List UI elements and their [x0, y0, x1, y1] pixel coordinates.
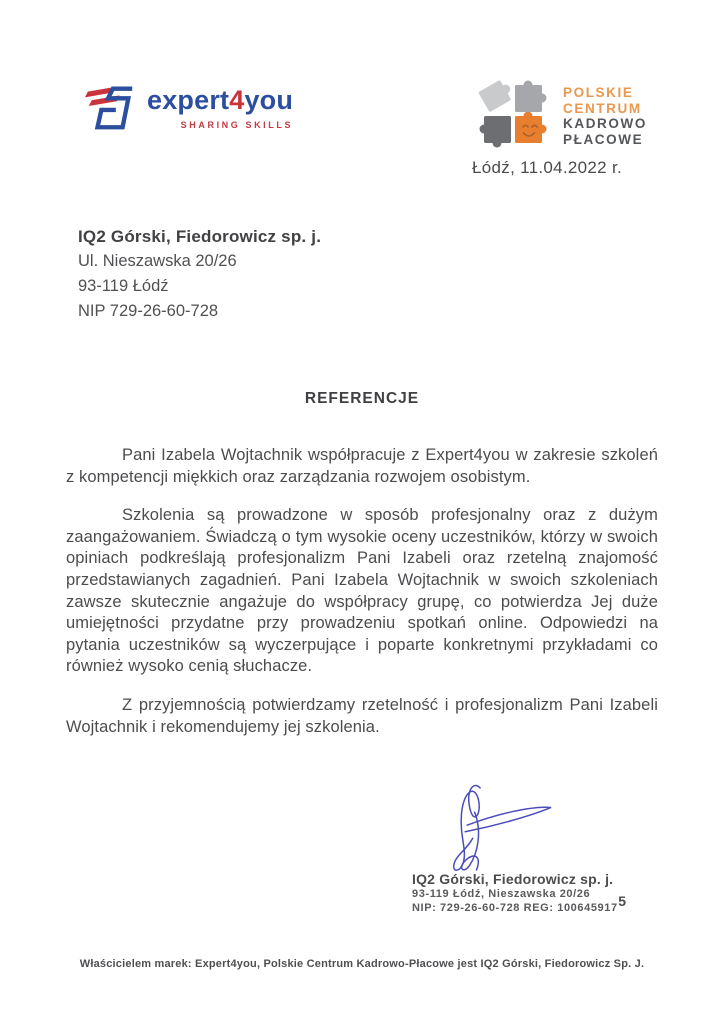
pckp-line2: CENTRUM: [563, 101, 647, 117]
body-paragraph-3: Z przyjemnością potwierdzamy rzetelność …: [66, 695, 658, 738]
page-title: REFERENCJE: [0, 390, 724, 408]
recipient-city: 93-119 Łódź: [78, 274, 321, 299]
expert4you-logo-icon: [84, 80, 138, 134]
stamp-nip-regon: NIP: 729-26-60-728 REG: 100645917: [412, 902, 648, 916]
recipient-street: Ul. Nieszawska 20/26: [78, 249, 321, 274]
reference-letter-page: expert4you SHARING SKILLS: [0, 0, 724, 1024]
pckp-logo: POLSKIE CENTRUM KADROWO PŁACOWE: [478, 76, 647, 156]
pckp-puzzle-icon: [478, 76, 558, 156]
brand-suffix: you: [244, 85, 293, 115]
brand-digit: 4: [229, 85, 244, 115]
expert4you-wordmark: expert4you SHARING SKILLS: [147, 80, 293, 130]
pckp-line1: POLSKIE: [563, 85, 647, 101]
footer-ownership-note: Właścicielem marek: Expert4you, Polskie …: [0, 958, 724, 970]
expert4you-logo: expert4you SHARING SKILLS: [84, 80, 293, 134]
signature-block: IQ2 Górski, Fiedorowicz sp. j. 93-119 Łó…: [412, 776, 648, 915]
recipient-block: IQ2 Górski, Fiedorowicz sp. j. Ul. Niesz…: [78, 224, 321, 324]
pckp-line3: KADROWO: [563, 116, 647, 132]
body-paragraph-1: Pani Izabela Wojtachnik współpracuje z E…: [66, 445, 658, 488]
letter-body: Pani Izabela Wojtachnik współpracuje z E…: [66, 445, 658, 755]
brand-prefix: expert: [147, 85, 229, 115]
company-stamp: IQ2 Górski, Fiedorowicz sp. j. 93-119 Łó…: [412, 871, 648, 915]
page-number: 5: [618, 893, 626, 909]
date-line: Łódź, 11.04.2022 r.: [472, 158, 622, 178]
pckp-wordmark: POLSKIE CENTRUM KADROWO PŁACOWE: [563, 76, 647, 147]
recipient-nip: NIP 729-26-60-728: [78, 299, 321, 324]
stamp-address: 93-119 Łódź, Nieszawska 20/26: [412, 888, 648, 902]
brand-tagline: SHARING SKILLS: [147, 120, 293, 130]
pckp-line4: PŁACOWE: [563, 132, 647, 148]
body-paragraph-2: Szkolenia są prowadzone w sposób profesj…: [66, 505, 658, 678]
handwritten-signature-icon: [426, 776, 566, 880]
stamp-company-name: IQ2 Górski, Fiedorowicz sp. j.: [412, 871, 648, 888]
recipient-name: IQ2 Górski, Fiedorowicz sp. j.: [78, 224, 321, 249]
